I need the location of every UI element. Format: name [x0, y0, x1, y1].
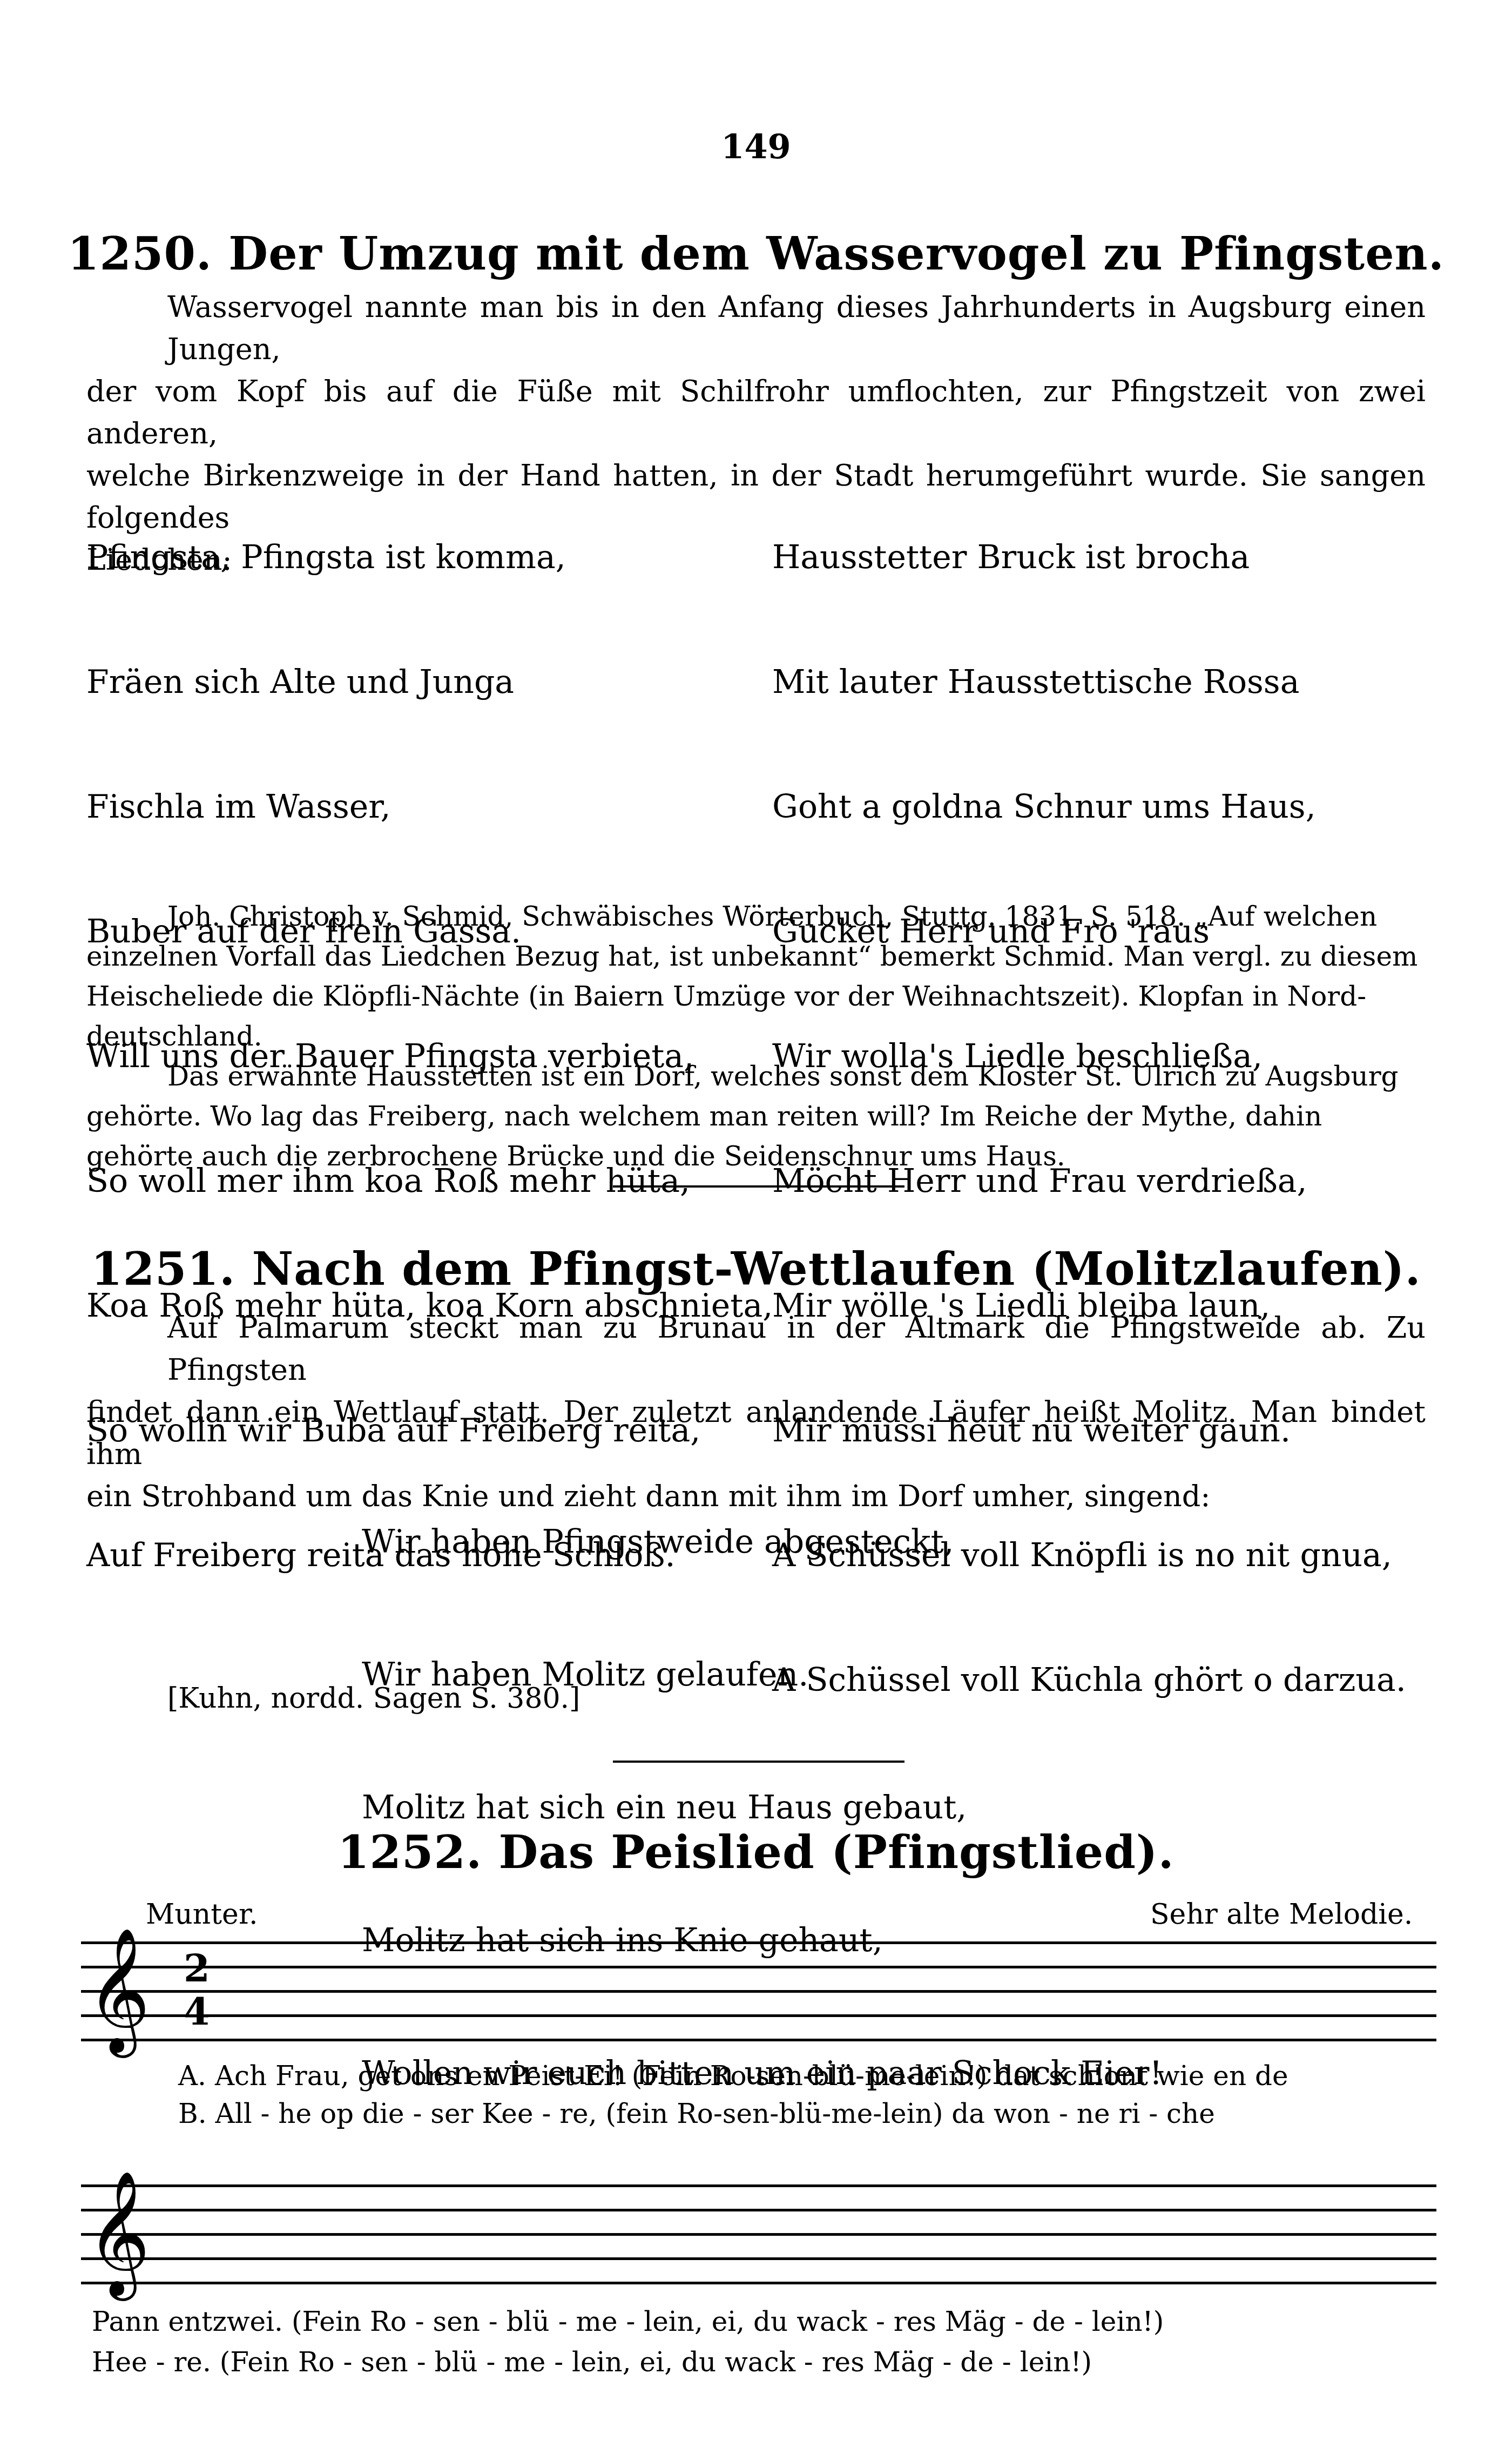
note-line: Das erwähnte Hausstetten ist ein Dorf, w…	[86, 1056, 1426, 1096]
intro-line: Wasservogel nannte man bis in den Anfang…	[86, 286, 1426, 370]
source-citation: [Kuhn, nordd. Sagen S. 380.]	[167, 1682, 580, 1715]
poem-line: Goht a goldna Schnur ums Haus,	[772, 786, 1406, 828]
section-1250-notes: Joh. Christoph v. Schmid, Schwäbisches W…	[86, 896, 1426, 1176]
lyrics-verse-b: B. All - he op die - ser Kee - re, (fein…	[178, 2098, 1215, 2129]
poem-line: Fischla im Wasser,	[86, 786, 773, 828]
music-staff-1: 𝄞 24	[81, 1941, 1436, 2049]
melody-attribution: Sehr alte Melodie.	[1150, 1898, 1413, 1931]
note-line: Heischeliede die Klöpfli-Nächte (in Baie…	[86, 976, 1426, 1016]
treble-clef-icon: 𝄞	[86, 2163, 150, 2303]
intro-line: der vom Kopf bis auf die Füße mit Schilf…	[86, 370, 1426, 455]
lyrics-verse-a: Pann entzwei. (Fein Ro - sen - blü - me …	[92, 2306, 1164, 2337]
treble-clef-icon: 𝄞	[86, 1920, 150, 2060]
section-title-1250: 1250. Der Umzug mit dem Wasservogel zu P…	[0, 227, 1512, 280]
note-line: gehörte. Wo lag das Freiberg, nach welch…	[86, 1096, 1426, 1136]
section-divider	[613, 1761, 905, 1763]
poem-line: Fräen sich Alte und Junga	[86, 662, 773, 703]
lyrics-verse-a: A. Ach Frau, get ons en Peist-Ei! (Fein …	[178, 2060, 1288, 2092]
intro-line: Auf Palmarum steckt man zu Brunau in der…	[86, 1307, 1426, 1391]
poem-line: Mit lauter Hausstettische Rossa	[772, 662, 1406, 703]
section-title-1252: 1252. Das Peislied (Pfingstlied).	[0, 1825, 1512, 1879]
poem-line: Wir haben Pfingstweide abgesteckt,	[362, 1520, 1163, 1564]
music-staff-2: 𝄞	[81, 2184, 1436, 2292]
note-line: einzelnen Vorfall das Liedchen Bezug hat…	[86, 936, 1426, 976]
note-line: Joh. Christoph v. Schmid, Schwäbisches W…	[86, 896, 1426, 936]
page-number: 149	[0, 127, 1512, 166]
poem-line: Molitz hat sich ein neu Haus gebaut,	[362, 1785, 1163, 1830]
note-line: deutschland.	[86, 1016, 1426, 1056]
poem-line: Pfingsta, Pfingsta ist komma,	[86, 537, 773, 578]
note-line: gehörte auch die zerbrochene Brücke und …	[86, 1136, 1426, 1176]
time-signature: 24	[184, 1947, 210, 2033]
poem-line: Hausstetter Bruck ist brocha	[772, 537, 1406, 578]
tempo-marking: Munter.	[146, 1898, 258, 1931]
section-title-1251: 1251. Nach dem Pfingst-Wettlaufen (Molit…	[0, 1242, 1512, 1296]
lyrics-verse-b: Hee - re. (Fein Ro - sen - blü - me - le…	[92, 2346, 1092, 2378]
section-divider	[613, 1185, 905, 1188]
